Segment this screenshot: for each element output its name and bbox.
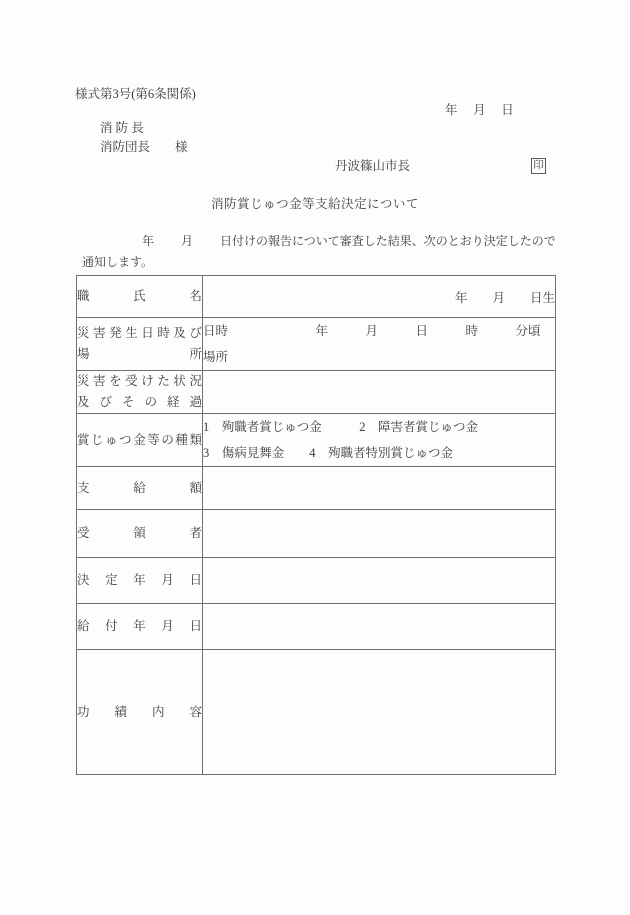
issue-date-line: 年 月 日 [445, 103, 514, 117]
addressee-brigade-chief: 消防団長 様 [100, 140, 188, 154]
row-label: 功績内容 [77, 650, 203, 775]
row-value: 日時 年 月 日 時 分頃 場所 [203, 318, 556, 371]
notification-body: 年 月 日付けの報告について審査した結果、次のとおり決定したので 通知します。 [82, 231, 556, 273]
row-value [203, 558, 556, 604]
table-row-grant-date: 給付年月日 [77, 604, 556, 650]
document-title: 消防賞じゅつ金等支給決定について [0, 197, 630, 211]
row-label: 災害を受けた状況 及びその経過 [77, 371, 203, 414]
table-row-disaster-situation: 災害を受けた状況 及びその経過 [77, 371, 556, 414]
row-value [203, 371, 556, 414]
table-row-disaster-datetime: 災害発生日時及び 場所 日時 年 月 日 時 分頃 場所 [77, 318, 556, 371]
form-number: 様式第3号(第6条関係) [75, 87, 196, 101]
row-value [203, 604, 556, 650]
document-page: 様式第3号(第6条関係) 年 月 日 消 防 長 消防団長 様 丹波篠山市長 印… [0, 0, 630, 915]
row-label: 決定年月日 [77, 558, 203, 604]
table-row-merit-details: 功績内容 [77, 650, 556, 775]
row-value [203, 650, 556, 775]
table-row-payment-amount: 支給額 [77, 467, 556, 510]
seal-mark-icon: 印 [531, 158, 546, 174]
table-row-name: 職氏名 年 月 日生 [77, 276, 556, 318]
row-value [203, 510, 556, 558]
row-value: 1 殉職者賞じゅつ金 2 障害者賞じゅつ金 3 傷病見舞金 4 殉職者特別賞じゅ… [203, 414, 556, 467]
row-label: 職氏名 [77, 276, 203, 318]
row-label: 受領者 [77, 510, 203, 558]
sender-name: 丹波篠山市長 [335, 159, 410, 173]
decision-form-table: 職氏名 年 月 日生 災害発生日時及び 場所 日時 年 月 日 時 分頃 場所 … [76, 275, 556, 775]
row-label: 給付年月日 [77, 604, 203, 650]
row-label: 支給額 [77, 467, 203, 510]
row-label: 災害発生日時及び 場所 [77, 318, 203, 371]
table-row-recipient: 受領者 [77, 510, 556, 558]
table-row-decision-date: 決定年月日 [77, 558, 556, 604]
row-value [203, 467, 556, 510]
row-value: 年 月 日生 [203, 276, 556, 318]
addressee-fire-chief: 消 防 長 [100, 121, 144, 135]
row-label: 賞じゅつ金等の種類 [77, 414, 203, 467]
table-row-award-type: 賞じゅつ金等の種類 1 殉職者賞じゅつ金 2 障害者賞じゅつ金 3 傷病見舞金 … [77, 414, 556, 467]
